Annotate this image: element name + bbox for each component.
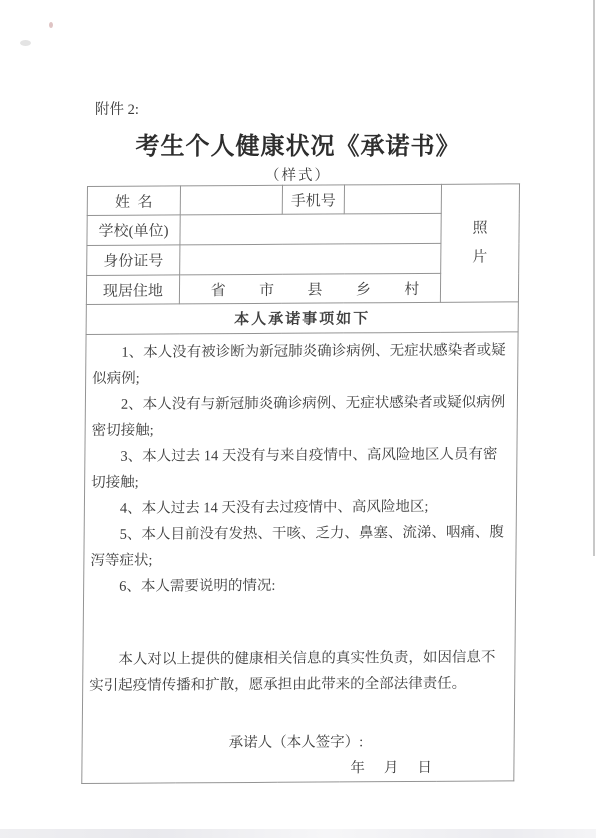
residence-unit-county: 县 xyxy=(307,278,322,299)
phone-value-cell xyxy=(344,184,441,214)
scan-bottom-shadow xyxy=(0,829,596,838)
attachment-note: 附件 2: xyxy=(95,98,139,119)
commitment-content-cell: 1、本人没有被诊断为新冠肺炎确诊病例、无症状感染者或疑似病例; 2、本人没有与新… xyxy=(82,332,518,784)
commitment-item-3: 3、本人过去 14 天没有与来自疫情中、高风险地区人员有密切接触; xyxy=(91,441,510,496)
residence-value-cell: 省 市 县 乡 村 xyxy=(179,273,440,304)
scanned-document-page: 附件 2: 考生个人健康状况《承诺书》 （样式） 姓 名 手机号 照 片 学校(… xyxy=(0,0,596,838)
phone-label: 手机号 xyxy=(282,185,344,214)
photo-label-char: 片 xyxy=(441,243,518,272)
residence-unit-village: 村 xyxy=(404,277,419,298)
date-line: 年 月 日 xyxy=(88,754,506,783)
date-day-label: 日 xyxy=(417,755,432,781)
residence-unit-township: 乡 xyxy=(356,278,371,299)
commitment-section-header: 本人承诺事项如下 xyxy=(86,302,518,335)
photo-cell: 照 片 xyxy=(440,184,519,302)
signature-label: 承诺人（本人签字）: xyxy=(89,728,507,757)
name-label: 姓 名 xyxy=(87,186,180,216)
page-subtitle: （样式） xyxy=(0,164,596,185)
scan-edge-line xyxy=(593,0,595,556)
photo-label-char: 照 xyxy=(441,214,518,243)
commitment-item-4: 4、本人过去 14 天没有去过疫情中、高风险地区; xyxy=(91,493,509,522)
scan-speck xyxy=(49,22,53,28)
id-number-value-cell xyxy=(180,243,441,275)
residence-unit-city: 市 xyxy=(259,278,274,299)
school-value-cell xyxy=(180,213,441,245)
page-title: 考生个人健康状况《承诺书》 xyxy=(0,126,596,161)
residence-unit-province: 省 xyxy=(211,279,226,300)
id-number-label: 身份证号 xyxy=(87,245,180,276)
commitment-item-1: 1、本人没有被诊断为新冠肺炎确诊病例、无症状感染者或疑似病例; xyxy=(92,337,511,392)
declaration-text: 本人对以上提供的健康相关信息的真实性负责，如因信息不实引起疫情传播和扩散，愿承担… xyxy=(89,644,508,699)
date-year-label: 年 xyxy=(350,755,365,781)
school-label: 学校(单位) xyxy=(87,215,180,246)
scan-speck xyxy=(20,40,31,46)
health-commitment-form-table: 姓 名 手机号 照 片 学校(单位) 身份证号 现居住地 省 市 县 xyxy=(81,183,520,784)
name-value-cell xyxy=(180,185,282,215)
date-month-label: 月 xyxy=(384,755,399,781)
commitment-item-6: 6、本人需要说明的情况: xyxy=(90,571,508,600)
commitment-item-2: 2、本人没有与新冠肺炎确诊病例、无症状感染者或疑似病例密切接触; xyxy=(92,389,511,444)
commitment-item-5: 5、本人目前没有发热、干咳、乏力、鼻塞、流涕、咽痛、腹泻等症状; xyxy=(90,519,509,574)
residence-label: 现居住地 xyxy=(86,275,179,305)
